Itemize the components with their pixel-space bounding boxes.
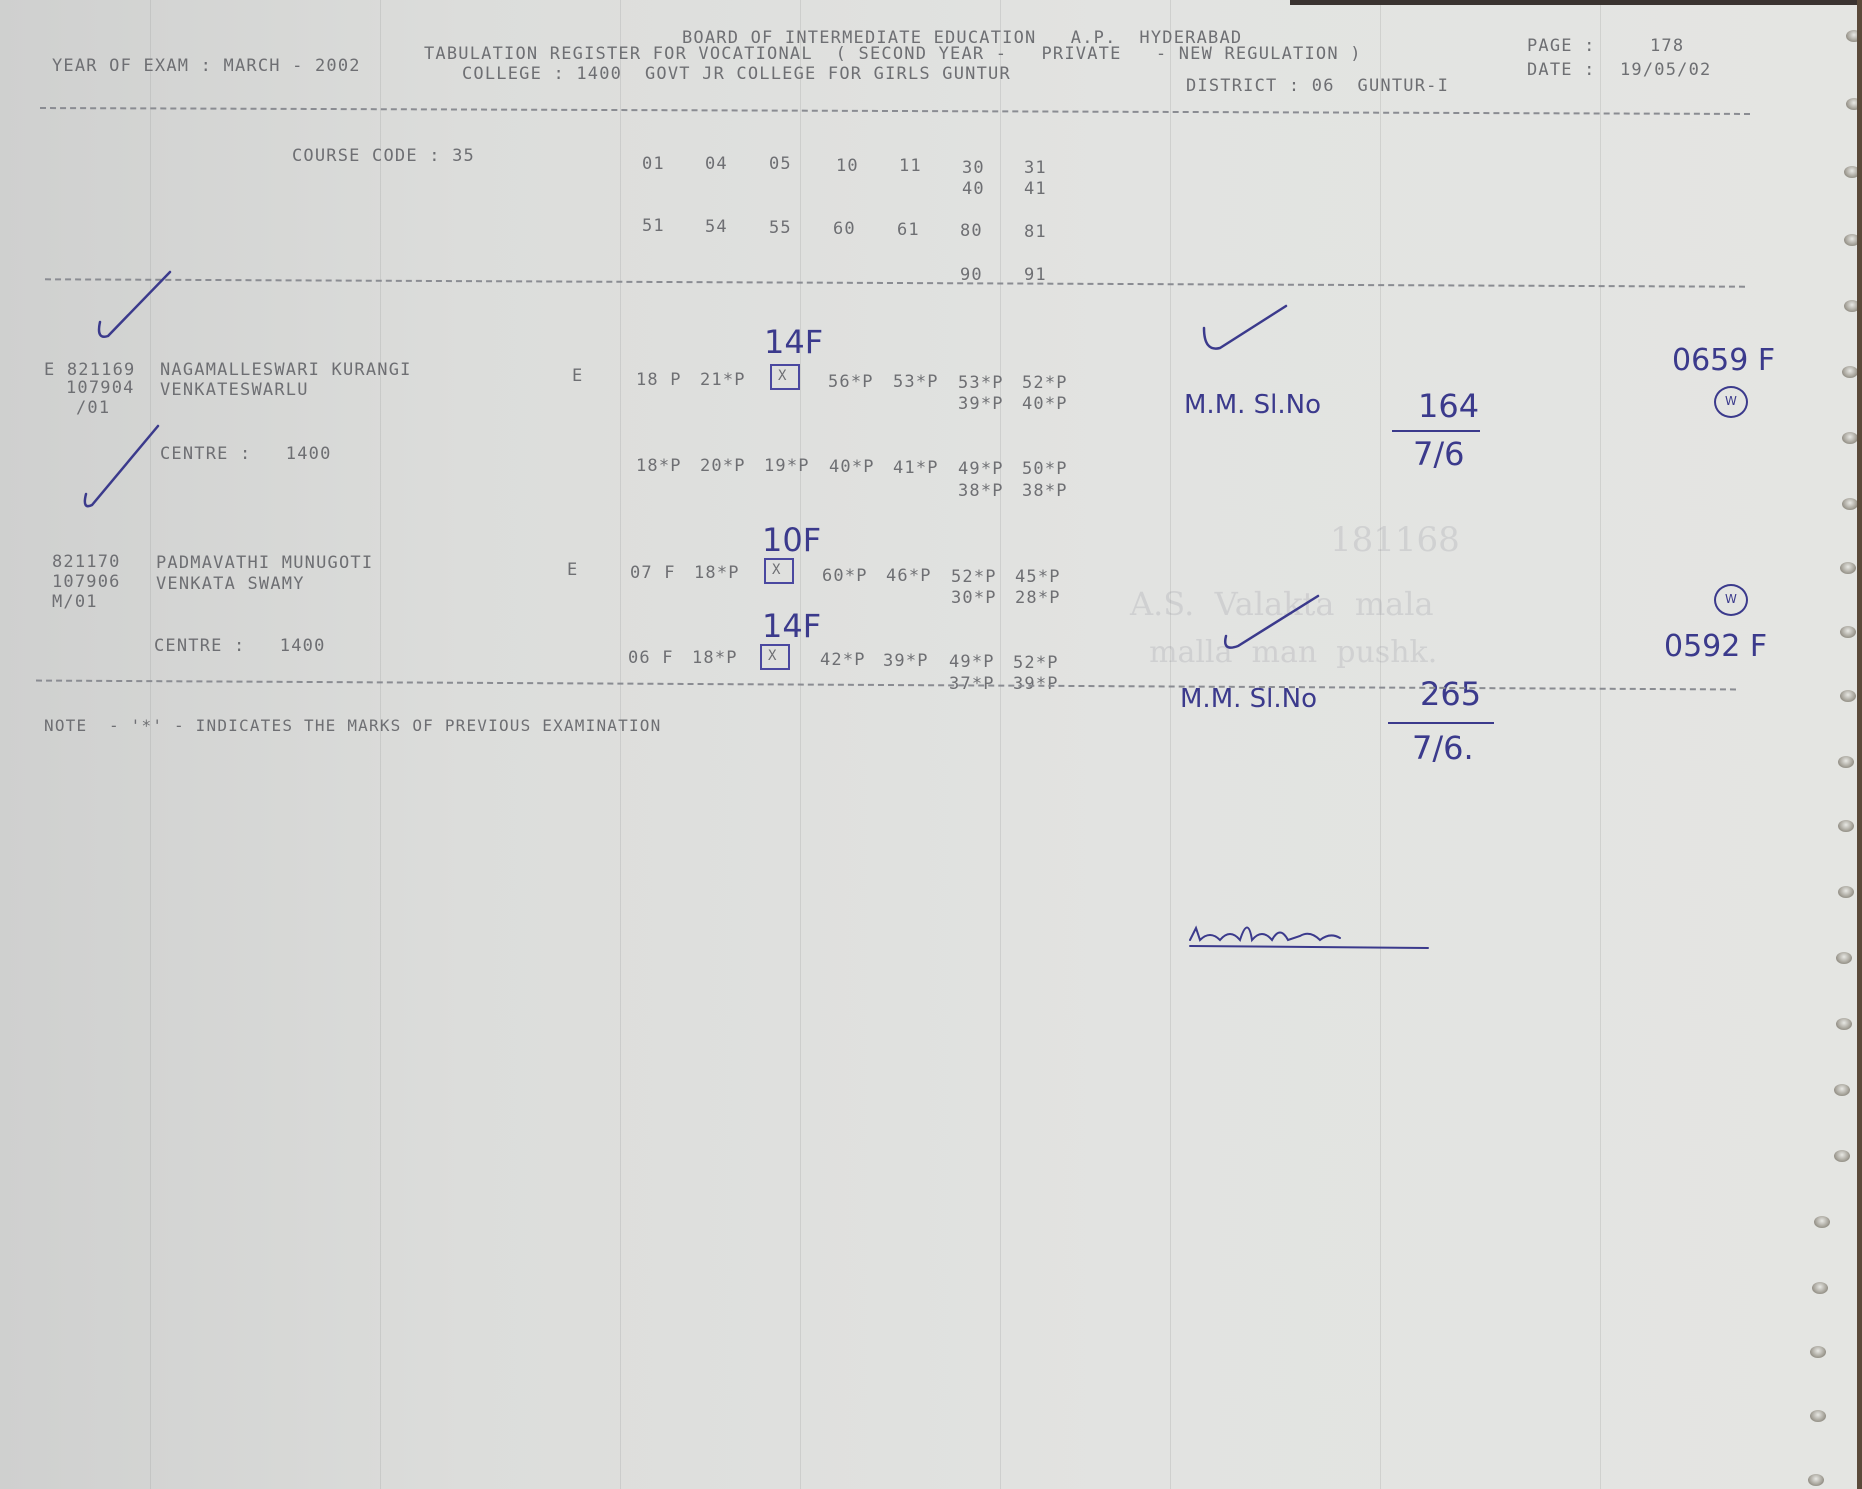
check-marks	[0, 0, 1862, 1000]
signature	[1190, 928, 1428, 949]
paper-right-edge	[1857, 0, 1862, 1489]
tabulation-register-page: 181168 A.S. Valakta mala malla man pushk…	[0, 0, 1858, 1489]
paper-top-edge	[1290, 0, 1862, 5]
